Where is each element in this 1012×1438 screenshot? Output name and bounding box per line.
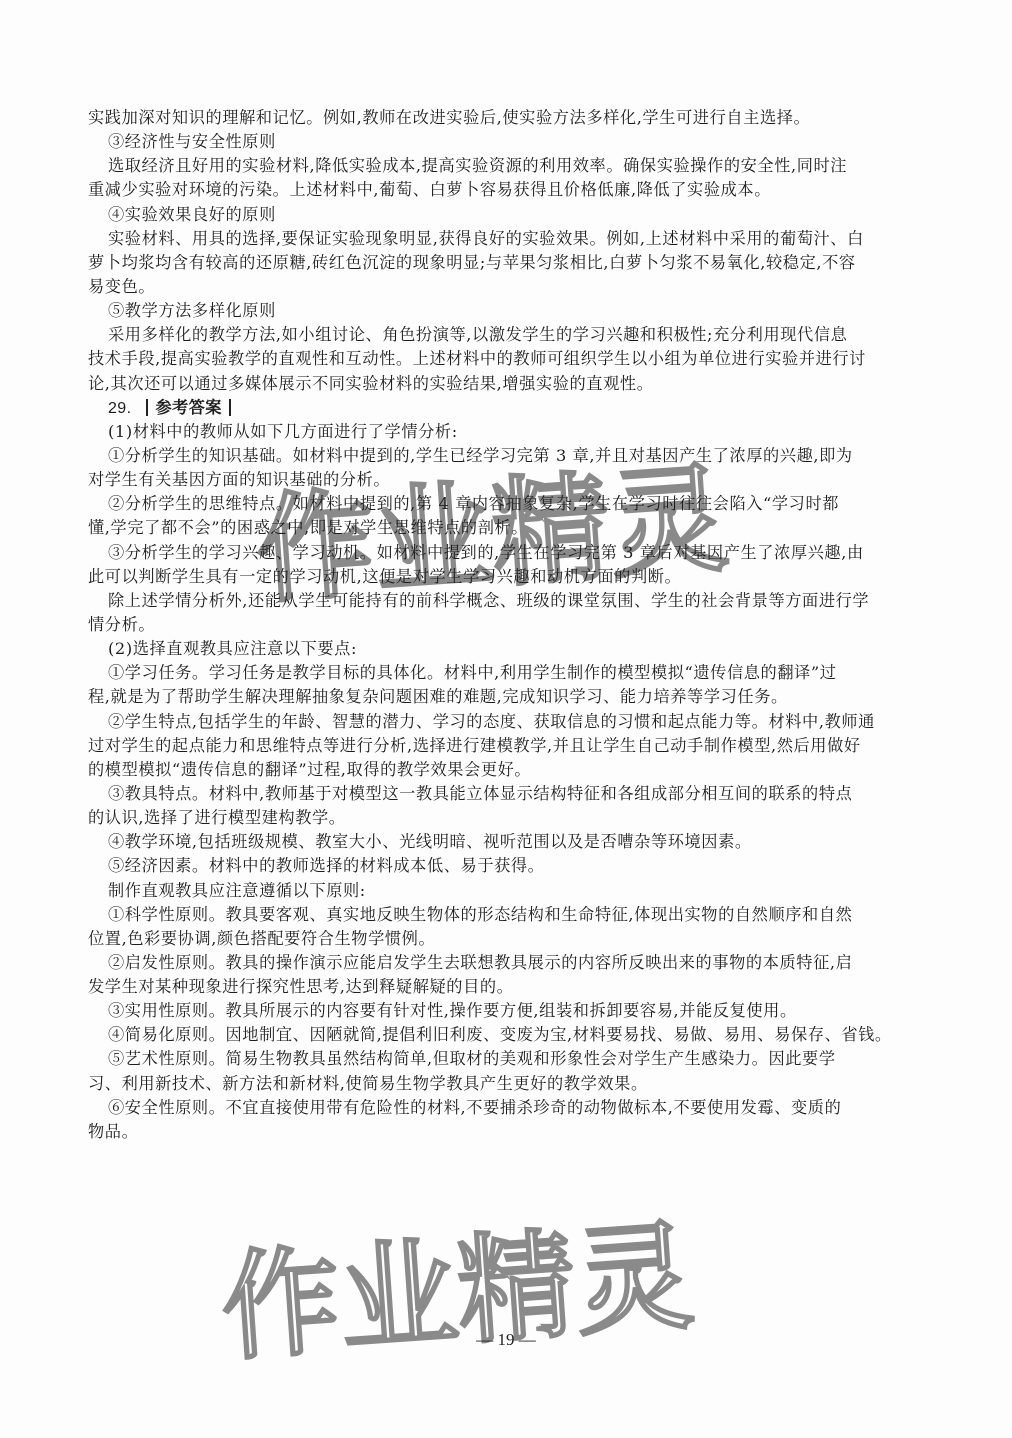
text-line: ⑤教学方法多样化原则 xyxy=(88,299,928,323)
text-line: ②学生特点,包括学生的年龄、智慧的潜力、学习的态度、获取信息的习惯和起点能力等。… xyxy=(88,710,928,734)
text-line: ⑤经济因素。材料中的教师选择的材料成本低、易于获得。 xyxy=(88,854,928,878)
text-line: ⑥安全性原则。不宜直接使用带有危险性的材料,不要捕杀珍奇的动物做标本,不要使用发… xyxy=(88,1096,928,1120)
text-line: ③实用性原则。教具所展示的内容要有针对性,操作要方便,组装和拆卸要容易,并能反复… xyxy=(88,999,928,1023)
text-line: ②分析学生的思维特点。如材料中提到的,第 4 章内容抽象复杂,学生在学习时往往会… xyxy=(88,492,928,516)
text-line: ③经济性与安全性原则 xyxy=(88,130,928,154)
text-line: 对学生有关基因方面的知识基础的分析。 xyxy=(88,468,928,492)
document-body: 实践加深对知识的理解和记忆。例如,教师在改进实验后,使实验方法多样化,学生可进行… xyxy=(88,106,928,1144)
text-line: 选取经济且好用的实验材料,降低实验成本,提高实验资源的利用效率。确保实验操作的安… xyxy=(88,154,928,178)
text-line: 懂,学完了都不会”的困惑之中,即是对学生思维特点的剖析。 xyxy=(88,516,928,540)
reference-answer-label: 参考答案 xyxy=(155,398,221,417)
text-line: ①学习任务。学习任务是教学目标的具体化。材料中,利用学生制作的模型模拟“遗传信息… xyxy=(88,661,928,685)
text-line: 重减少实验对环境的污染。上述材料中,葡萄、白萝卜容易获得且价格低廉,降低了实验成… xyxy=(88,178,928,202)
text-line: ④教学环境,包括班级规模、教室大小、光线明暗、视听范围以及是否嘈杂等环境因素。 xyxy=(88,830,928,854)
text-line: ④实验效果良好的原则 xyxy=(88,203,928,227)
question-number: 29. xyxy=(108,400,131,417)
text-line: ②启发性原则。教具的操作演示应能启发学生去联想教具展示的内容所反映出来的事物的本… xyxy=(88,951,928,975)
text-line: 过对学生的起点能力和思维特点等进行分析,选择进行建模教学,并且让学生自己动手制作… xyxy=(88,734,928,758)
text-line: (1)材料中的教师从如下几方面进行了学情分析: xyxy=(88,420,928,444)
text-line: 位置,色彩要协调,颜色搭配要符合生物学惯例。 xyxy=(88,927,928,951)
text-line: 的认识,选择了进行模型建构教学。 xyxy=(88,806,928,830)
text-line: 实验材料、用具的选择,要保证实验现象明显,获得良好的实验效果。例如,上述材料中采… xyxy=(88,227,928,251)
text-line: 的模型模拟“遗传信息的翻译”过程,取得的教学效果会更好。 xyxy=(88,758,928,782)
text-line: 萝卜均浆均含有较高的还原糖,砖红色沉淀的现象明显;与苹果匀浆相比,白萝卜匀浆不易… xyxy=(88,251,928,275)
text-line: 习、利用新技术、新方法和新材料,使简易生物学教具产生更好的教学效果。 xyxy=(88,1072,928,1096)
text-line: 实践加深对知识的理解和记忆。例如,教师在改进实验后,使实验方法多样化,学生可进行… xyxy=(88,106,928,130)
question-header: 29.参考答案 xyxy=(88,396,928,420)
watermark-text: 作业精灵 xyxy=(217,1207,697,1378)
text-line: 此可以判断学生具有一定的学习动机,这便是对学生学习兴趣和动机方面的判断。 xyxy=(88,565,928,589)
text-line: ⑤艺术性原则。简易生物教具虽然结构简单,但取材的美观和形象性会对学生产生感染力。… xyxy=(88,1047,928,1071)
text-line: 技术手段,提高实验教学的直观性和互动性。上述材料中的教师可组织学生以小组为单位进… xyxy=(88,347,928,371)
text-line: 易变色。 xyxy=(88,275,928,299)
bracket-bar-left xyxy=(146,399,148,416)
text-line: 除上述学情分析外,还能从学生可能持有的前科学概念、班级的课堂氛围、学生的社会背景… xyxy=(88,589,928,613)
text-line: ③分析学生的学习兴趣、学习动机。如材料中提到的,学生在学习完第 3 章后对基因产… xyxy=(88,541,928,565)
text-line: 采用多样化的教学方法,如小组讨论、角色扮演等,以激发学生的学习兴趣和积极性;充分… xyxy=(88,323,928,347)
previous-answer-continuation: 实践加深对知识的理解和记忆。例如,教师在改进实验后,使实验方法多样化,学生可进行… xyxy=(88,106,928,396)
text-line: 情分析。 xyxy=(88,613,928,637)
text-line: ①分析学生的知识基础。如材料中提到的,学生已经学习完第 3 章,并且对基因产生了… xyxy=(88,444,928,468)
text-line: 发学生对某种现象进行探究性思考,达到释疑解疑的目的。 xyxy=(88,975,928,999)
text-line: ④简易化原则。因地制宜、因陋就简,提倡利旧利废、变废为宝,材料要易找、易做、易用… xyxy=(88,1023,928,1047)
text-line: ③教具特点。材料中,教师基于对模型这一教具能立体显示结构特征和各组成部分相互间的… xyxy=(88,782,928,806)
text-line: ①科学性原则。教具要客观、真实地反映生物体的形态结构和生命特征,体现出实物的自然… xyxy=(88,903,928,927)
document-page: 作业精灵 作业精灵 实践加深对知识的理解和记忆。例如,教师在改进实验后,使实验方… xyxy=(0,0,1012,1438)
text-line: 制作直观教具应注意遵循以下原则: xyxy=(88,879,928,903)
page-number: — 19 — xyxy=(0,1330,1012,1350)
bracket-bar-right xyxy=(229,399,231,416)
text-line: 论,其次还可以通过多媒体展示不同实验材料的实验结果,增强实验的直观性。 xyxy=(88,372,928,396)
text-line: 物品。 xyxy=(88,1120,928,1144)
question-29-answer: (1)材料中的教师从如下几方面进行了学情分析:①分析学生的知识基础。如材料中提到… xyxy=(88,420,928,1144)
text-line: (2)选择直观教具应注意以下要点: xyxy=(88,637,928,661)
text-line: 程,就是为了帮助学生解决理解抽象复杂问题困难的难题,完成知识学习、能力培养等学习… xyxy=(88,685,928,709)
